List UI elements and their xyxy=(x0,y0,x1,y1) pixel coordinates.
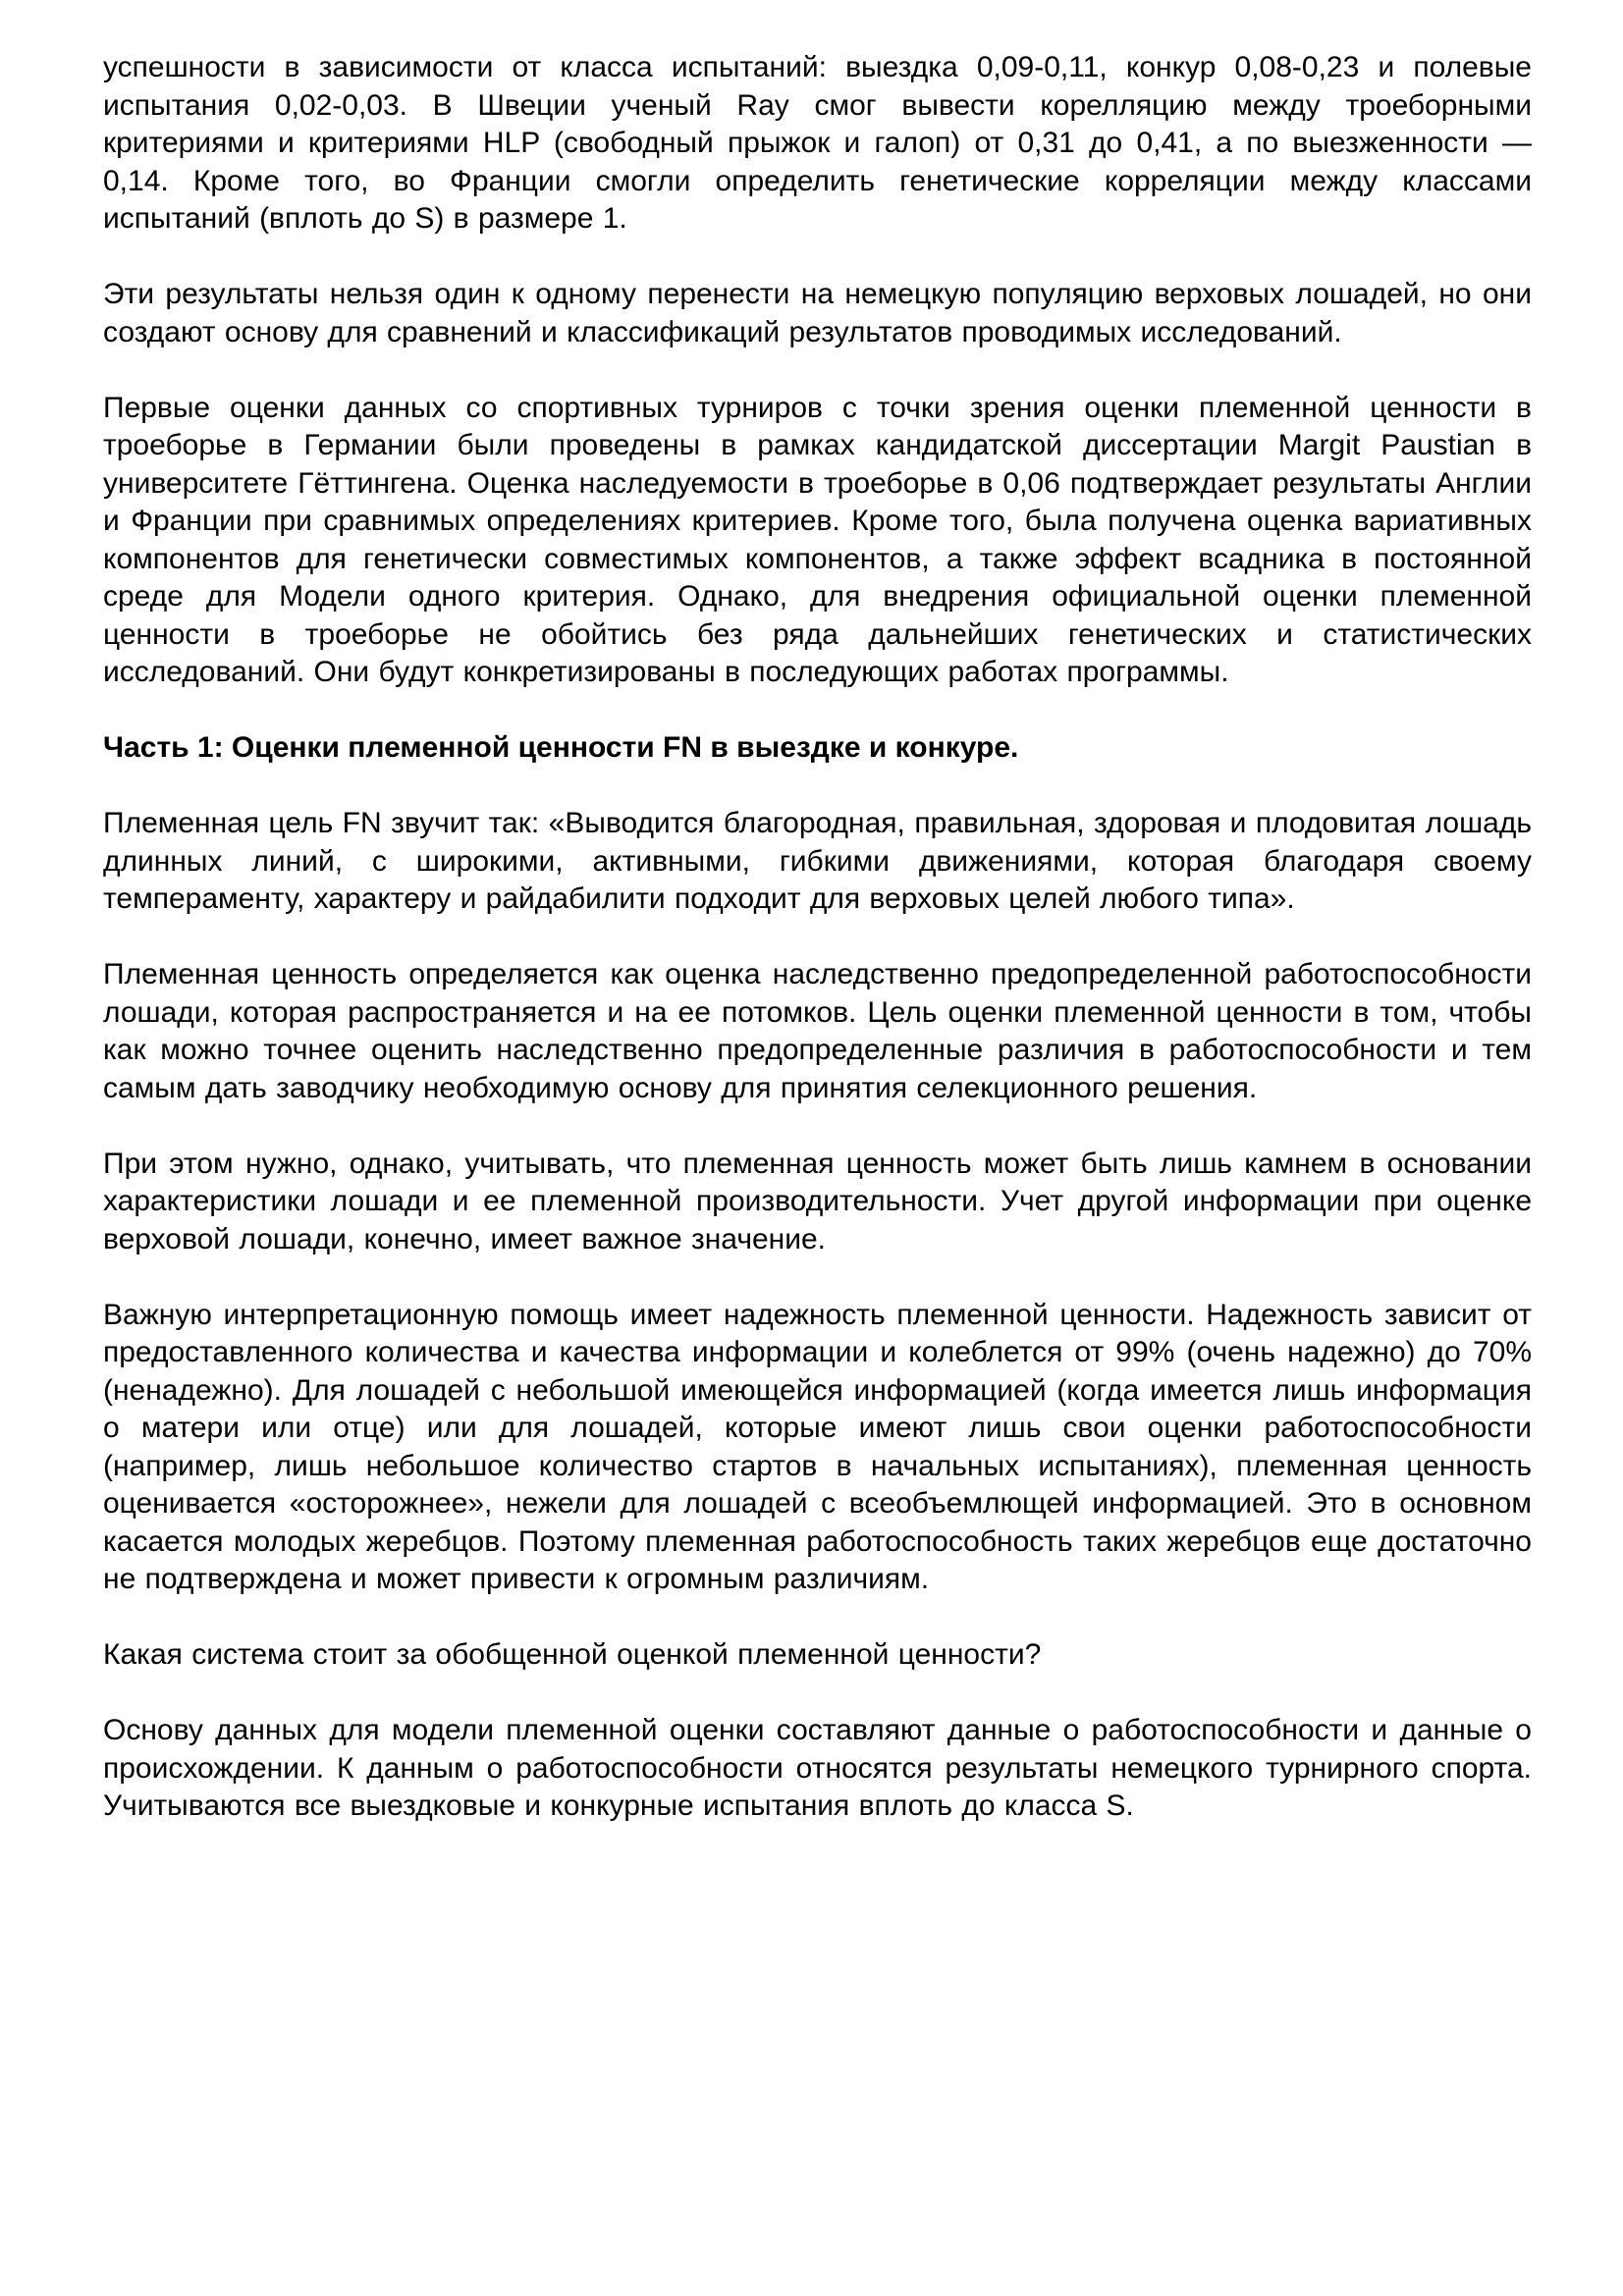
paragraph: Племенная ценность определяется как оцен… xyxy=(103,956,1532,1107)
document-page: успешности в зависимости от класса испыт… xyxy=(0,0,1623,2296)
section-heading: Часть 1: Оценки племенной ценности FN в … xyxy=(103,729,1532,768)
paragraph: Племенная цель FN звучит так: «Выводится… xyxy=(103,805,1532,919)
paragraph: успешности в зависимости от класса испыт… xyxy=(103,49,1532,239)
paragraph: Важную интерпретационную помощь имеет на… xyxy=(103,1297,1532,1599)
paragraph: Какая система стоит за обобщенной оценко… xyxy=(103,1636,1532,1675)
document-body: успешности в зависимости от класса испыт… xyxy=(103,49,1532,1826)
paragraph: Эти результаты нельзя один к одному пере… xyxy=(103,276,1532,351)
paragraph: Основу данных для модели племенной оценк… xyxy=(103,1712,1532,1826)
paragraph: Первые оценки данных со спортивных турни… xyxy=(103,390,1532,692)
paragraph: При этом нужно, однако, учитывать, что п… xyxy=(103,1146,1532,1259)
